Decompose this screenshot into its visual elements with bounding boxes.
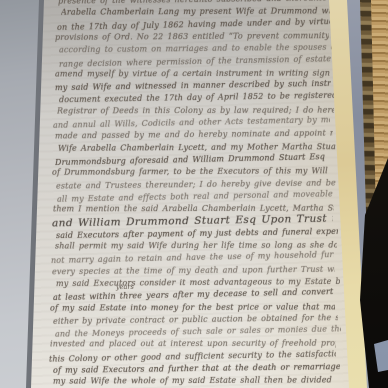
interlineation-word: years (116, 284, 134, 291)
manuscript-line: my said Wife the whole of my said Estate… (53, 375, 341, 388)
manuscript-page: presence of the witnesses hereunto subsc… (0, 0, 388, 388)
handwriting-block: presence of the witnesses hereunto subsc… (0, 0, 388, 388)
photo-of-manuscript: presence of the witnesses hereunto subsc… (0, 0, 388, 388)
